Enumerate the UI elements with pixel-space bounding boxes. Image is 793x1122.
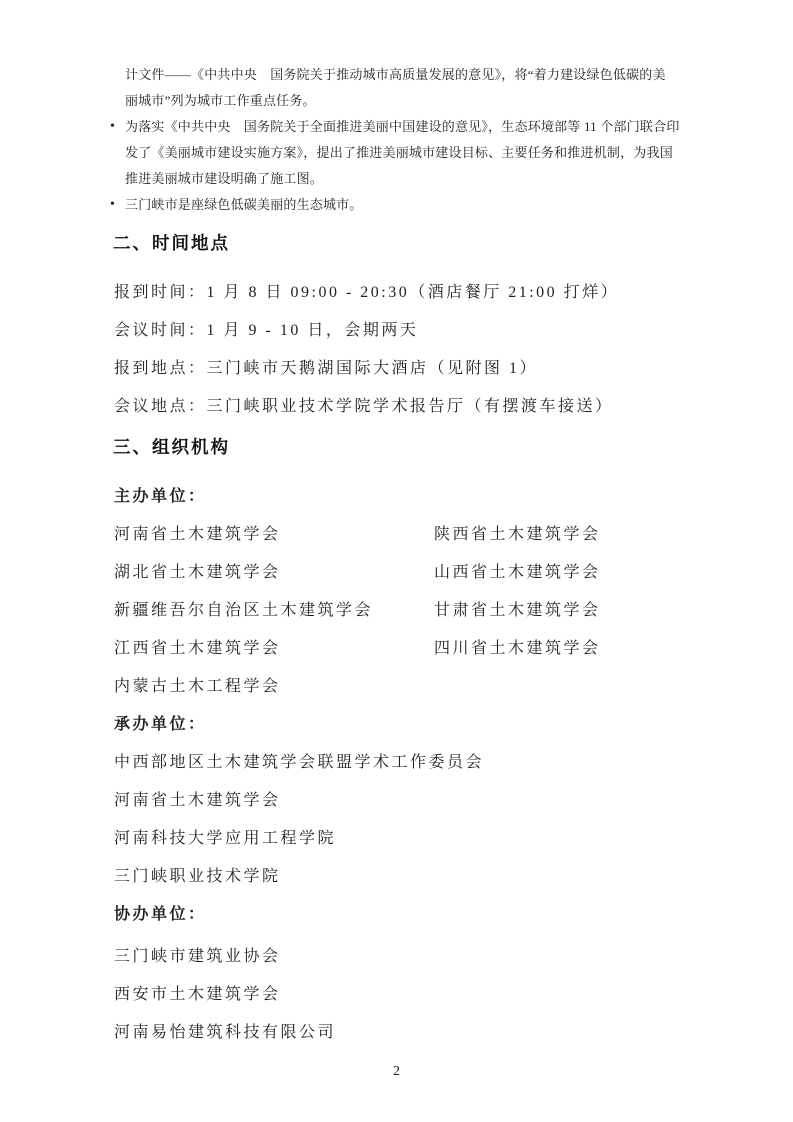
time-place-info: 报到时间：1 月 8 日 09:00 - 20:30（酒店餐厅 21:00 打烊… xyxy=(114,274,793,426)
page-number: 2 xyxy=(0,1064,793,1080)
host-unit: 甘肃省土木建筑学会 xyxy=(434,592,601,630)
organizer-unit: 中西部地区土木建筑学会联盟学术工作委员会 xyxy=(114,744,793,782)
host-unit-row: 江西省土木建筑学会 四川省土木建筑学会 xyxy=(114,630,793,668)
host-units-label: 主办单位： xyxy=(114,478,793,516)
bullet-item: • 为落实《中共中央 国务院关于全面推进美丽中国建设的意见》，生态环境部等 11… xyxy=(125,114,703,192)
document-page: 计文件——《中共中央 国务院关于推动城市高质量发展的意见》，将“着力建设绿色低碳… xyxy=(0,0,793,1122)
organizer-units-label: 承办单位： xyxy=(114,706,793,744)
organization-lists: 主办单位： 河南省土木建筑学会 陕西省土木建筑学会 湖北省土木建筑学会 山西省土… xyxy=(114,478,793,1052)
intro-continuation-line: 计文件——《中共中央 国务院关于推动城市高质量发展的意见》，将“着力建设绿色低碳… xyxy=(125,62,703,88)
host-unit: 陕西省土木建筑学会 xyxy=(434,516,601,554)
host-unit: 河南省土木建筑学会 xyxy=(114,516,434,554)
host-unit: 湖北省土木建筑学会 xyxy=(114,554,434,592)
organizer-unit: 河南科技大学应用工程学院 xyxy=(114,820,793,858)
registration-place-line: 报到地点：三门峡市天鹅湖国际大酒店（见附图 1） xyxy=(114,350,793,388)
bullet-line: 为落实《中共中央 国务院关于全面推进美丽中国建设的意见》，生态环境部等 11 个… xyxy=(125,114,703,140)
organizer-unit: 河南省土木建筑学会 xyxy=(114,782,793,820)
meeting-place-line: 会议地点：三门峡职业技术学院学术报告厅（有摆渡车接送） xyxy=(114,388,793,426)
bullet-icon: • xyxy=(110,192,115,218)
host-unit-row: 河南省土木建筑学会 陕西省土木建筑学会 xyxy=(114,516,793,554)
host-unit-row: 湖北省土木建筑学会 山西省土木建筑学会 xyxy=(114,554,793,592)
section-heading-time-place: 二、时间地点 xyxy=(113,228,793,258)
host-unit: 四川省土木建筑学会 xyxy=(434,630,601,668)
host-unit: 新疆维吾尔自治区土木建筑学会 xyxy=(114,592,434,630)
co-organizer-units: 三门峡市建筑业协会 西安市土木建筑学会 河南易怡建筑科技有限公司 xyxy=(114,938,793,1052)
section-heading-organization: 三、组织机构 xyxy=(113,432,793,462)
host-unit-row: 内蒙古土木工程学会 xyxy=(114,668,793,706)
bullet-line: 推进美丽城市建设明确了施工图。 xyxy=(125,166,703,192)
bullet-line: 发了《美丽城市建设实施方案》，提出了推进美丽城市建设目标、主要任务和推进机制，为… xyxy=(125,140,703,166)
host-unit-row: 新疆维吾尔自治区土木建筑学会 甘肃省土木建筑学会 xyxy=(114,592,793,630)
page-content: 计文件——《中共中央 国务院关于推动城市高质量发展的意见》，将“着力建设绿色低碳… xyxy=(0,0,793,1052)
registration-time-line: 报到时间：1 月 8 日 09:00 - 20:30（酒店餐厅 21:00 打烊… xyxy=(114,274,793,312)
host-unit: 内蒙古土木工程学会 xyxy=(114,668,434,706)
host-unit: 山西省土木建筑学会 xyxy=(434,554,601,592)
bullet-item: • 三门峡市是座绿色低碳美丽的生态城市。 xyxy=(125,192,703,218)
host-unit: 江西省土木建筑学会 xyxy=(114,630,434,668)
intro-bullet-list: 计文件——《中共中央 国务院关于推动城市高质量发展的意见》，将“着力建设绿色低碳… xyxy=(125,62,703,218)
bullet-icon: • xyxy=(110,114,115,140)
co-organizer-unit: 三门峡市建筑业协会 xyxy=(114,938,793,976)
bullet-line: 三门峡市是座绿色低碳美丽的生态城市。 xyxy=(125,192,703,218)
organizer-unit: 三门峡职业技术学院 xyxy=(114,858,793,896)
intro-continuation-line: 丽城市”列为城市工作重点任务。 xyxy=(125,88,703,114)
meeting-time-line: 会议时间：1 月 9 - 10 日，会期两天 xyxy=(114,312,793,350)
co-organizer-unit: 河南易怡建筑科技有限公司 xyxy=(114,1014,793,1052)
co-organizer-unit: 西安市土木建筑学会 xyxy=(114,976,793,1014)
co-organizer-units-label: 协办单位： xyxy=(114,896,793,934)
